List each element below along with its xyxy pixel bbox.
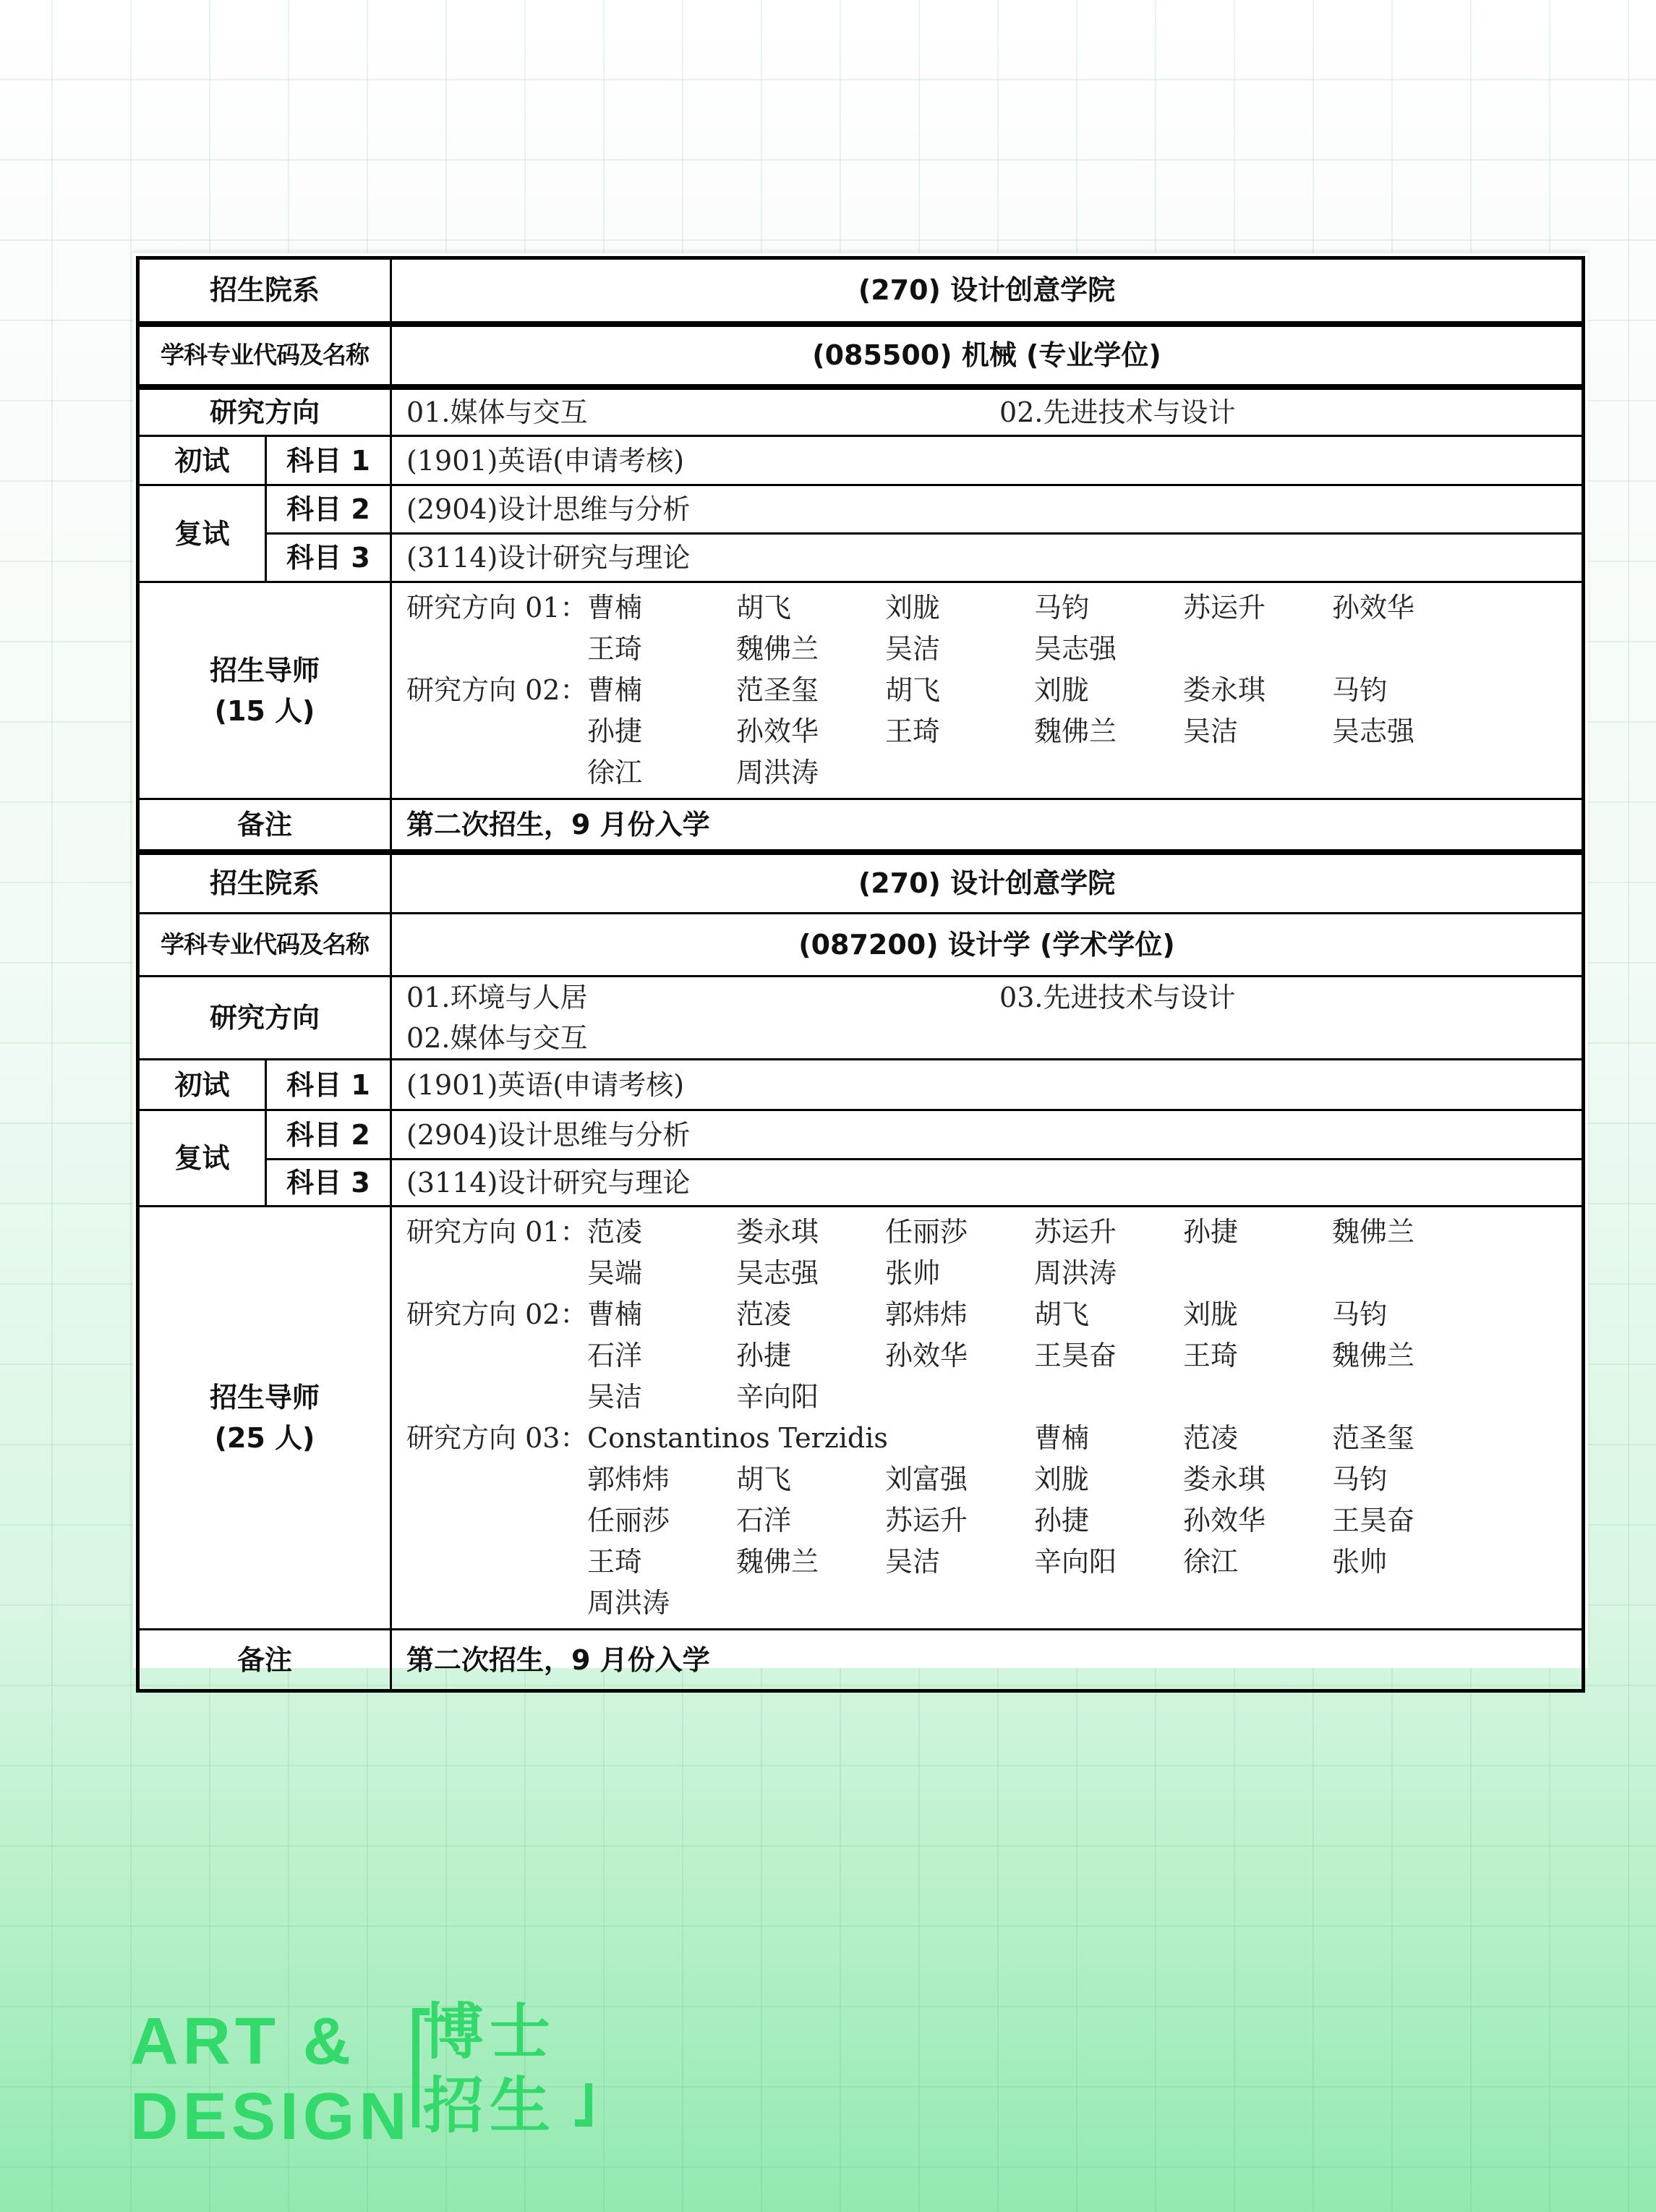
row-subject-1: 初试 科目 1 (1901)英语(申请考核) [138,436,1584,485]
subject-label: 科目 2 [266,485,391,534]
supervisor-name: 曹楠 [1034,1418,1183,1459]
supervisors-list: 研究方向 01： 曹楠 胡飞 刘胧 马钧 苏运升 孙效华 王琦 魏佛兰 吴洁 吴… [391,582,1584,799]
note-label: 备注 [138,1630,391,1691]
supervisors-label: 招生导师 [154,650,375,691]
supervisor-name: 吴志强 [1332,711,1481,752]
supervisor-name: 孙捷 [736,1335,885,1377]
major-label: 学科专业代码及名称 [138,324,391,387]
supervisor-name: 苏运升 [1183,587,1332,629]
supervisor-name: 马钧 [1332,1294,1481,1335]
supervisor-name: 魏佛兰 [1332,1212,1481,1253]
brand-en-line1: ART & [130,2004,355,2078]
brand-english: ART & DESIGN [130,2004,411,2154]
admissions-table: 招生院系 (270) 设计创意学院 学科专业代码及名称 (085500) 机械 … [136,256,1585,1693]
supervisor-name: 马钧 [1332,670,1481,711]
supervisor-name: 孙效华 [736,711,885,752]
supervisor-name: 吴洁 [885,629,1034,670]
direction-prefix: 研究方向 02： [406,670,587,711]
subject-value: (1901)英语(申请考核) [391,1060,1584,1110]
supervisor-name: 辛向阳 [736,1377,885,1418]
row-subject-1: 初试 科目 1 (1901)英语(申请考核) [138,1060,1584,1110]
subject-label: 科目 3 [266,534,391,582]
supervisor-name: 范圣玺 [1332,1418,1481,1459]
supervisor-name: 石洋 [736,1500,885,1541]
supervisor-name: 刘胧 [885,587,1034,629]
direction-item: 02.先进技术与设计 [999,392,1235,433]
note-value: 第二次招生，9 月份入学 [391,1630,1584,1691]
dept-label: 招生院系 [138,852,391,914]
supervisor-name: 苏运升 [1034,1212,1183,1253]
supervisor-name: 马钧 [1332,1459,1481,1500]
supervisor-name: 刘胧 [1183,1294,1332,1335]
row-subject-2: 复试 科目 2 (2904)设计思维与分析 [138,485,1584,534]
supervisor-name: 刘胧 [1034,1459,1183,1500]
supervisor-name: 苏运升 [885,1500,1034,1541]
row-major: 学科专业代码及名称 (087200) 设计学 (学术学位) [138,914,1584,977]
supervisor-name: 孙捷 [1183,1212,1332,1253]
supervisor-name: 胡飞 [736,587,885,629]
supervisor-name: 周洪涛 [587,1583,736,1624]
row-supervisors: 招生导师 (25 人) 研究方向 01： 范凌 娄永琪 任丽莎 苏运升 孙捷 魏… [138,1207,1584,1630]
directions-label: 研究方向 [138,387,391,436]
supervisors-count: (15 人) [154,691,375,731]
row-subject-3: 科目 3 (3114)设计研究与理论 [138,1160,1584,1207]
brand-chinese: 博士 招生 [423,1995,556,2143]
supervisor-name: 娄永琪 [1183,670,1332,711]
supervisor-name: 范凌 [587,1212,736,1253]
prelim-label: 初试 [138,436,266,485]
subject-label: 科目 2 [266,1110,391,1160]
brand-cn-line2: 招生 [423,2069,556,2143]
row-subject-2: 复试 科目 2 (2904)设计思维与分析 [138,1110,1584,1160]
row-subject-3: 科目 3 (3114)设计研究与理论 [138,534,1584,582]
supervisor-name: 娄永琪 [1183,1459,1332,1500]
brand-en-line2: DESIGN [130,2079,411,2154]
supervisor-name: 范圣玺 [736,670,885,711]
row-directions: 研究方向 01.环境与人居 03.先进技术与设计 02.媒体与交互 [138,977,1584,1060]
major-value: (087200) 设计学 (学术学位) [391,914,1584,977]
supervisor-name: 刘富强 [885,1459,1034,1500]
directions-value: 01.环境与人居 03.先进技术与设计 02.媒体与交互 [391,977,1584,1060]
supervisor-name: 张帅 [1332,1541,1481,1583]
supervisors-label-cell: 招生导师 (15 人) [138,582,391,799]
retest-label: 复试 [138,485,266,582]
subject-value: (2904)设计思维与分析 [391,1110,1584,1160]
subject-label: 科目 1 [266,436,391,485]
supervisor-name: 孙效华 [1183,1500,1332,1541]
subject-value: (3114)设计研究与理论 [391,534,1584,582]
supervisor-name: 范凌 [736,1294,885,1335]
supervisor-name: 王昊奋 [1332,1500,1481,1541]
note-label: 备注 [138,799,391,852]
direction-prefix: 研究方向 03： [406,1418,587,1459]
supervisor-name: 张帅 [885,1253,1034,1294]
supervisor-name: 任丽莎 [587,1500,736,1541]
dept-label: 招生院系 [138,258,391,324]
supervisors-label-cell: 招生导师 (25 人) [138,1207,391,1630]
brand-cn-line1: 博士 [423,1995,556,2069]
supervisor-name: 辛向阳 [1034,1541,1183,1583]
supervisor-name: 吴洁 [587,1377,736,1418]
supervisor-name: 吴志强 [1034,629,1183,670]
direction-prefix: 研究方向 01： [406,1212,587,1253]
supervisor-name: 孙捷 [587,711,736,752]
supervisor-name: 吴洁 [885,1541,1034,1583]
supervisor-name: 刘胧 [1034,670,1183,711]
supervisor-name: 曹楠 [587,1294,736,1335]
subject-value: (1901)英语(申请考核) [391,436,1584,485]
supervisor-name: 曹楠 [587,587,736,629]
supervisor-name: 周洪涛 [736,752,885,794]
supervisor-name: 徐江 [1183,1541,1332,1583]
supervisor-name: Constantinos Terzidis [587,1418,1034,1459]
row-note: 备注 第二次招生，9 月份入学 [138,1630,1584,1691]
supervisor-name: 胡飞 [885,670,1034,711]
direction-item: 02.媒体与交互 [406,1018,999,1058]
direction-item: 03.先进技术与设计 [999,977,1235,1018]
row-dept: 招生院系 (270) 设计创意学院 [138,258,1584,324]
supervisor-name: 任丽莎 [885,1212,1034,1253]
note-value: 第二次招生，9 月份入学 [391,799,1584,852]
subject-label: 科目 1 [266,1060,391,1110]
direction-prefix: 研究方向 01： [406,587,587,629]
supervisor-name: 曹楠 [587,670,736,711]
supervisor-name: 王昊奋 [1034,1335,1183,1377]
row-major: 学科专业代码及名称 (085500) 机械 (专业学位) [138,324,1584,387]
supervisor-name: 吴端 [587,1253,736,1294]
directions-label: 研究方向 [138,977,391,1060]
supervisor-name: 周洪涛 [1034,1253,1183,1294]
supervisor-name: 王琦 [885,711,1034,752]
supervisor-name: 娄永琪 [736,1212,885,1253]
supervisor-name: 石洋 [587,1335,736,1377]
subject-value: (3114)设计研究与理论 [391,1160,1584,1207]
supervisors-count: (25 人) [154,1418,375,1458]
prelim-label: 初试 [138,1060,266,1110]
supervisor-name: 郭炜炜 [587,1459,736,1500]
supervisor-name: 吴志强 [736,1253,885,1294]
supervisor-name: 王琦 [1183,1335,1332,1377]
supervisor-name: 马钧 [1034,587,1183,629]
dept-value: (270) 设计创意学院 [391,258,1584,324]
major-label: 学科专业代码及名称 [138,914,391,977]
supervisor-name: 范凌 [1183,1418,1332,1459]
row-supervisors: 招生导师 (15 人) 研究方向 01： 曹楠 胡飞 刘胧 马钧 苏运升 孙效华… [138,582,1584,799]
supervisor-name: 魏佛兰 [1332,1335,1481,1377]
supervisor-name: 孙效华 [1332,587,1481,629]
supervisor-name: 王琦 [587,629,736,670]
dept-value: (270) 设计创意学院 [391,852,1584,914]
direction-item: 01.环境与人居 [406,977,999,1018]
direction-prefix: 研究方向 02： [406,1294,587,1335]
major-value: (085500) 机械 (专业学位) [391,324,1584,387]
bracket-open-bar [412,2008,419,2127]
row-dept: 招生院系 (270) 设计创意学院 [138,852,1584,914]
directions-value: 01.媒体与交互 02.先进技术与设计 [391,387,1584,436]
subject-label: 科目 3 [266,1160,391,1207]
bracket-close-icon [575,2083,592,2127]
supervisor-name: 孙捷 [1034,1500,1183,1541]
supervisors-label: 招生导师 [154,1377,375,1418]
supervisor-name: 魏佛兰 [1034,711,1183,752]
supervisor-name: 魏佛兰 [736,629,885,670]
supervisor-name: 胡飞 [736,1459,885,1500]
supervisor-name: 魏佛兰 [736,1541,885,1583]
supervisor-name: 孙效华 [885,1335,1034,1377]
retest-label: 复试 [138,1110,266,1207]
supervisor-name: 胡飞 [1034,1294,1183,1335]
direction-item: 01.媒体与交互 [406,392,999,433]
supervisor-name: 徐江 [587,752,736,794]
row-directions: 研究方向 01.媒体与交互 02.先进技术与设计 [138,387,1584,436]
supervisor-name: 郭炜炜 [885,1294,1034,1335]
supervisor-name: 吴洁 [1183,711,1332,752]
supervisors-list: 研究方向 01： 范凌 娄永琪 任丽莎 苏运升 孙捷 魏佛兰 吴端 吴志强 张帅… [391,1207,1584,1630]
row-note: 备注 第二次招生，9 月份入学 [138,799,1584,852]
supervisor-name: 王琦 [587,1541,736,1583]
subject-value: (2904)设计思维与分析 [391,485,1584,534]
